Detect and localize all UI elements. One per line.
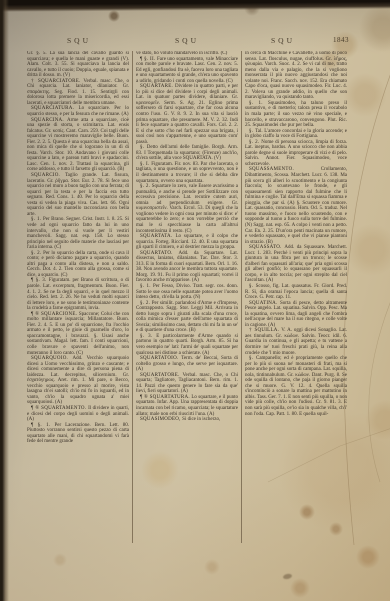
entry-paragraph: SQUARCIO. Taglio grande. Lat. fissura, l… bbox=[27, 173, 129, 217]
entry-headword: §. I. bbox=[140, 162, 151, 167]
entry-paragraph: SQUARTATO. Add. da Squartare. Lat. disse… bbox=[136, 251, 238, 284]
entry-headword: SQUARTATORE. bbox=[140, 373, 183, 378]
entry-headword: §. 2. bbox=[249, 140, 261, 145]
entry-paragraph: §. 2. Squartare lo zero, vale Essere ava… bbox=[136, 184, 238, 234]
entry-headword: SQUARQUOIO. bbox=[31, 356, 73, 361]
entry-headword: SQUARCINA. bbox=[31, 118, 67, 123]
entry-headword: SQUARTARE. bbox=[140, 84, 175, 89]
entry-paragraph: SQUARQUOIO. Add. Vecchio squarquoio dice… bbox=[27, 356, 129, 406]
entry-headword: SQUATINA. bbox=[249, 301, 280, 306]
entry-headword: §. 2. bbox=[31, 251, 43, 256]
entry-headword: ¶ ® SQUARTAMENTO. bbox=[31, 406, 88, 411]
entry-paragraph: ¶ §. II. Fare uno squartamento, vale Min… bbox=[136, 57, 238, 85]
entry-headword: SQUARCIO. bbox=[31, 173, 65, 178]
entry-paragraph: ¶ §. 1. Per Lacerazione. Bern. Lett. 80.… bbox=[27, 423, 129, 445]
scanned-page-photo: SQU SQU SQU 1843 Gr. §. 5. La sua lancia… bbox=[0, 0, 390, 601]
entry-paragraph: in cerca di Macchine e Cavallette, a uom… bbox=[245, 51, 347, 101]
entry-headword: ¶ ® SQUARCIONE. bbox=[31, 312, 79, 317]
entry-headword: SQUASSATO. bbox=[249, 245, 284, 250]
entry-headword: SQUARCIATURA. bbox=[31, 106, 79, 111]
entry-paragraph: §. 1. Squasimodeo, ha taluno preso il su… bbox=[245, 101, 347, 129]
entry-paragraph: SQUASSATO. Add. da Squassare. Marchett. … bbox=[245, 245, 347, 284]
entry-paragraph: §. Tal. L'amore concordai e la gloria ac… bbox=[245, 129, 347, 140]
entry-paragraph: ¶ ® SQUARTATURA. Lo squartare, e il punt… bbox=[136, 395, 238, 417]
entry-headword: §. 2. bbox=[140, 184, 152, 189]
page-number: 1843 bbox=[333, 36, 349, 44]
entry-headword: §. bbox=[249, 356, 256, 361]
entry-headword: ¶ §. II. bbox=[140, 57, 157, 62]
entry-headword: §. 1. bbox=[249, 101, 268, 106]
entry-headword: SQUASSAMENTO. bbox=[249, 167, 321, 172]
running-head-right: SQU bbox=[243, 36, 323, 45]
entry-headword: §. 2. bbox=[140, 301, 152, 306]
entry-headword: §. 1. bbox=[140, 284, 153, 289]
entry-headword: ¶ §. 3. bbox=[31, 278, 49, 283]
entry-headword: §. 1. bbox=[31, 217, 43, 222]
running-head-left: SQU bbox=[27, 36, 131, 45]
text-column: Gr. §. 5. La sua lancia del cavallo guar… bbox=[27, 51, 132, 543]
entry-paragraph: §. Detto dell'armi delle famiglie. Borgh… bbox=[136, 145, 238, 162]
entry-paragraph: SQUATINA. Sorta di pesce, detto altramen… bbox=[245, 301, 347, 329]
entry-headword: SQUARTATO. bbox=[140, 251, 178, 256]
entry-paragraph: §. 2. Per similit. parlandosi d'Arme e d… bbox=[136, 301, 238, 334]
text-column: in cerca di Macchine e Cavallette, a uom… bbox=[242, 51, 347, 543]
entry-paragraph: SQUARCINA. Arme atta a squarciare, cioè … bbox=[27, 118, 129, 173]
entry-paragraph: SQUASSAMENTO. Crollamento, Dibattimento,… bbox=[245, 167, 347, 245]
entry-headword: §. bbox=[249, 284, 256, 289]
entry-paragraph: † SQUARCIATORE. Verbal. masc. Che, o Chi… bbox=[27, 79, 129, 107]
entry-paragraph: SQUARTARE. Dividere in quattro parti, e … bbox=[136, 84, 238, 145]
entry-paragraph: SQUASIMODEO, Si dice in ischerzo, bbox=[136, 417, 238, 423]
entry-headword: SQUASIMODEO, bbox=[140, 417, 182, 422]
entry-paragraph: §. 1. Per Fesso, Diviso. Tratt. segr. co… bbox=[136, 284, 238, 301]
entry-paragraph: §. I. Figuratam. Fir. nov. 83. Par che l… bbox=[136, 162, 238, 184]
entry-paragraph: §. 3. E particolarmente d'Arme quando si… bbox=[136, 334, 238, 356]
text-block: SQU SQU SQU 1843 Gr. §. 5. La sua lancia… bbox=[27, 36, 347, 542]
entry-paragraph: §. 2. Per lo squarcio della carta, onde … bbox=[27, 251, 129, 279]
entry-headword: ¶ §. 1. bbox=[31, 423, 55, 428]
entry-paragraph: † SQUILLA. V. A. oggi dicesi Sonaglio. L… bbox=[245, 328, 347, 356]
entry-paragraph: SQUARTATOIO. Term. de' Beccai, Sorta di … bbox=[136, 356, 238, 373]
running-head-center: SQU bbox=[135, 36, 239, 45]
entry-paragraph: SQUARCIATURA. Lo squarciare. Per lo squa… bbox=[27, 106, 129, 117]
entry-headword: §. bbox=[140, 145, 147, 150]
entry-paragraph: Gr. §. 5. La sua lancia del cavallo guar… bbox=[27, 51, 129, 79]
entry-paragraph: §. 2. Nome di persona sciocca, limpia di… bbox=[245, 140, 347, 168]
entry-paragraph: SQUARTATA. Lo squartare, e il colpo che … bbox=[136, 234, 238, 251]
entry-paragraph: ¶ ® SQUARCIONE. Spaccone; Colui che con … bbox=[27, 312, 129, 356]
entry-headword: SQUARTATOIO. bbox=[140, 356, 181, 361]
entry-paragraph: SQUARTATORE. Verbal. masc. Che, o Chi sq… bbox=[136, 373, 238, 395]
entry-headword: SQUARTATA. bbox=[140, 234, 176, 239]
entry-paragraph: §. Scosso, fig. Lat. quassatus. Fr. Gior… bbox=[245, 284, 347, 301]
entry-paragraph: ¶ §. 3. Figuratam. per Brano di scrittur… bbox=[27, 278, 129, 311]
entry-paragraph: §. Campanello; ed è propriamente quello … bbox=[245, 356, 347, 417]
entry-headword: §. 3. bbox=[140, 334, 156, 339]
entry-headword: † SQUARCIATORE. bbox=[31, 79, 83, 84]
entry-paragraph: §. 1. Per Brano. Segner. Crist. Instr. 1… bbox=[27, 217, 129, 250]
entry-paragraph: ¶ ® SQUARTAMENTO. Il dividere in quarti,… bbox=[27, 406, 129, 423]
entry-headword: ¶ ® SQUARTATURA. bbox=[140, 395, 191, 400]
column-container: Gr. §. 5. La sua lancia del cavallo guar… bbox=[27, 51, 347, 543]
running-head-row: SQU SQU SQU 1843 bbox=[27, 36, 347, 49]
text-column: ve stato, ho voluto mandarvelo in iscrit… bbox=[132, 51, 242, 543]
book-edge-left bbox=[0, 0, 9, 601]
entry-headword: † SQUILLA. bbox=[249, 328, 281, 333]
entry-headword: §. bbox=[249, 129, 255, 134]
